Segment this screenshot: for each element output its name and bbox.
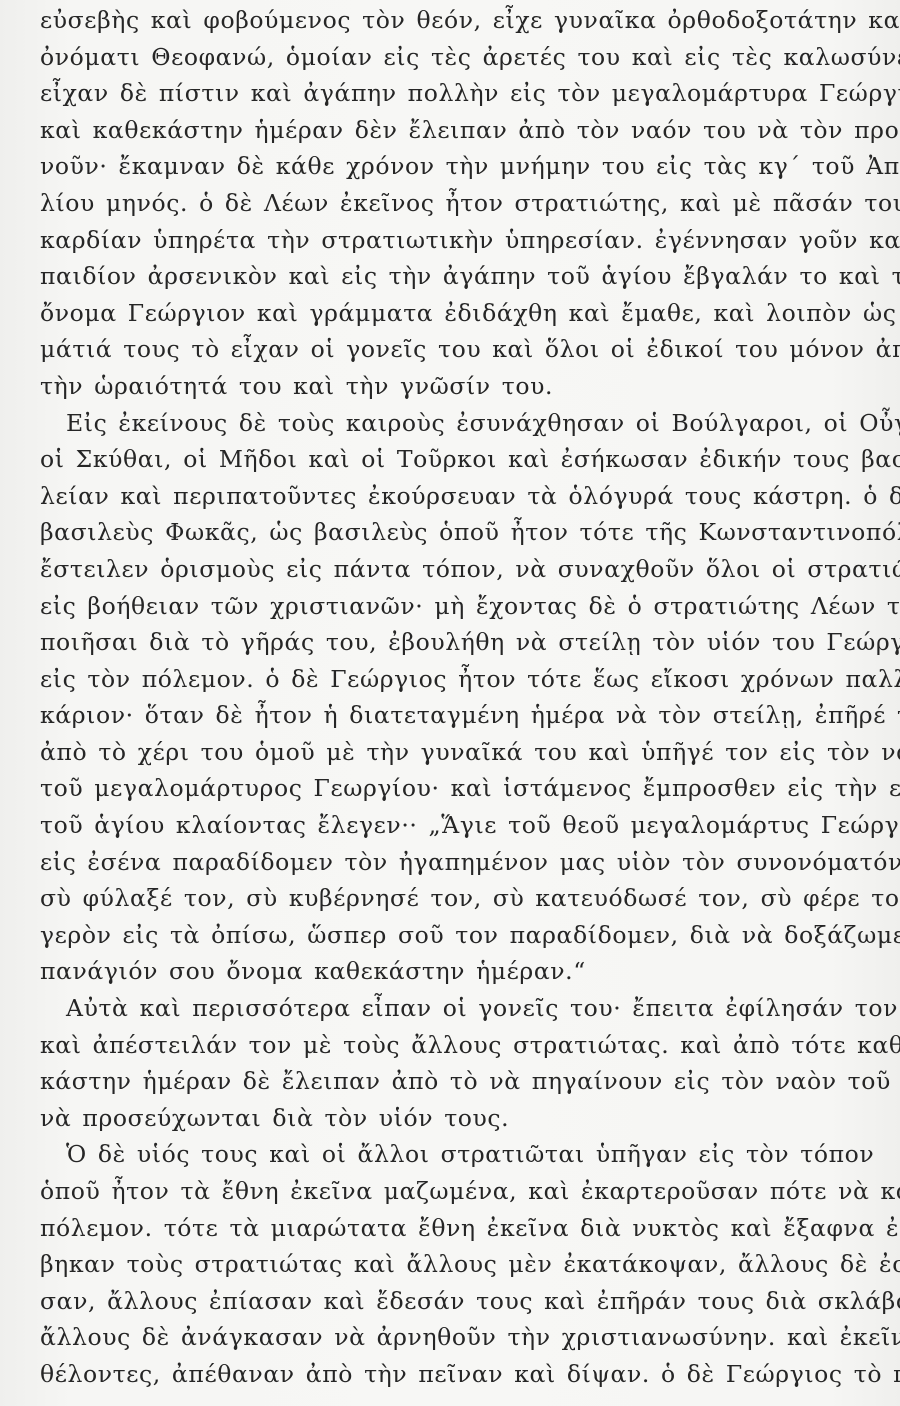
text-line: θέλοντες, ἀπέθαναν ἀπὸ τὴν πεῖναν καὶ δί… bbox=[40, 1356, 868, 1393]
text-line: εἰς τὸν πόλεμον. ὁ δὲ Γεώργιος ἦτον τότε… bbox=[40, 661, 868, 698]
text-line: εὐσεβὴς καὶ φοβούμενος τὸν θεόν, εἶχε γυ… bbox=[40, 2, 868, 39]
text-line: εἰς ἐσένα παραδίδομεν τὸν ἠγαπημένον μας… bbox=[40, 844, 868, 881]
paragraph: Εἰς ἐκείνους δὲ τοὺς καιροὺς ἐσυνάχθησαν… bbox=[40, 405, 868, 991]
text-line: εἶχαν δὲ πίστιν καὶ ἀγάπην πολλὴν εἰς τὸ… bbox=[40, 75, 868, 112]
text-line: σὺ φύλαξέ τον, σὺ κυβέρνησέ τον, σὺ κατε… bbox=[40, 880, 868, 917]
text-line: τοῦ μεγαλομάρτυρος Γεωργίου· καὶ ἱστάμεν… bbox=[40, 770, 868, 807]
text-line: ὁποῦ ἦτον τὰ ἔθνη ἐκεῖνα μαζωμένα, καὶ ἐ… bbox=[40, 1173, 868, 1210]
text-line: καὶ καθεκάστην ἡμέραν δὲν ἔλειπαν ἀπὸ τὸ… bbox=[40, 112, 868, 149]
text-line: ἄλλους δὲ ἀνάγκασαν νὰ ἀρνηθοῦν τὴν χρισ… bbox=[40, 1319, 868, 1356]
text-line: Ὁ δὲ υἱός τους καὶ οἱ ἄλλοι στρατιῶται ὑ… bbox=[40, 1136, 868, 1173]
text-line: λίου μηνός. ὁ δὲ Λέων ἐκεῖνος ἦτον στρατ… bbox=[40, 185, 868, 222]
text-line: μάτιά τους τὸ εἶχαν οἱ γονεῖς του καὶ ὅλ… bbox=[40, 331, 868, 368]
text-line: εἰς βοήθειαν τῶν χριστιανῶν· μὴ ἔχοντας … bbox=[40, 588, 868, 625]
text-line: βηκαν τοὺς στρατιώτας καὶ ἄλλους μὲν ἐκα… bbox=[40, 1246, 868, 1283]
text-line: βασιλεὺς Φωκᾶς, ὡς βασιλεὺς ὁποῦ ἦτον τό… bbox=[40, 514, 868, 551]
text-line: ἀπὸ τὸ χέρι του ὁμοῦ μὲ τὴν γυναῖκά του … bbox=[40, 734, 868, 771]
text-line: ὄνομα Γεώργιον καὶ γράμματα ἐδιδάχθη καὶ… bbox=[40, 295, 868, 332]
text-line: ἔστειλεν ὁρισμοὺς εἰς πάντα τόπον, νὰ συ… bbox=[40, 551, 868, 588]
text-line: νὰ προσεύχωνται διὰ τὸν υἱόν τους. bbox=[40, 1100, 868, 1137]
text-line: λείαν καὶ περιπατοῦντες ἐκούρσευαν τὰ ὁλ… bbox=[40, 478, 868, 515]
paragraph: Ὁ δὲ υἱός τους καὶ οἱ ἄλλοι στρατιῶται ὑ… bbox=[40, 1136, 868, 1392]
text-line: οἱ Σκύθαι, οἱ Μῆδοι καὶ οἱ Τοῦρκοι καὶ ἐ… bbox=[40, 441, 868, 478]
body-text: εὐσεβὴς καὶ φοβούμενος τὸν θεόν, εἶχε γυ… bbox=[40, 2, 868, 1393]
text-line: τοῦ ἁγίου κλαίοντας ἔλεγεν·· „Ἅγιε τοῦ θ… bbox=[40, 807, 868, 844]
text-line: παιδίον ἀρσενικὸν καὶ εἰς τὴν ἀγάπην τοῦ… bbox=[40, 258, 868, 295]
text-line: σαν, ἄλλους ἐπίασαν καὶ ἔδεσάν τους καὶ … bbox=[40, 1283, 868, 1320]
text-line: πόλεμον. τότε τὰ μιαρώτατα ἔθνη ἐκεῖνα δ… bbox=[40, 1210, 868, 1247]
text-line: κάριον· ὅταν δὲ ἦτον ἡ διατεταγμένη ἡμέρ… bbox=[40, 697, 868, 734]
text-line: καρδίαν ὑπηρέτα τὴν στρατιωτικὴν ὑπηρεσί… bbox=[40, 222, 868, 259]
text-line: ὀνόματι Θεοφανώ, ὁμοίαν εἰς τὲς ἀρετές τ… bbox=[40, 39, 868, 76]
text-line: Εἰς ἐκείνους δὲ τοὺς καιροὺς ἐσυνάχθησαν… bbox=[40, 405, 868, 442]
paragraph: Αὐτὰ καὶ περισσότερα εἶπαν οἱ γονεῖς του… bbox=[40, 990, 868, 1136]
text-line: Αὐτὰ καὶ περισσότερα εἶπαν οἱ γονεῖς του… bbox=[40, 990, 868, 1027]
text-line: καὶ ἀπέστειλάν τον μὲ τοὺς ἄλλους στρατι… bbox=[40, 1027, 868, 1064]
paragraph: εὐσεβὴς καὶ φοβούμενος τὸν θεόν, εἶχε γυ… bbox=[40, 2, 868, 405]
text-line: ποιῆσαι διὰ τὸ γῆράς του, ἐβουλήθη νὰ στ… bbox=[40, 624, 868, 661]
text-line: τὴν ὡραιότητά του καὶ τὴν γνῶσίν του. bbox=[40, 368, 868, 405]
text-line: νοῦν· ἔκαμναν δὲ κάθε χρόνον τὴν μνήμην … bbox=[40, 148, 868, 185]
scanned-page: εὐσεβὴς καὶ φοβούμενος τὸν θεόν, εἶχε γυ… bbox=[0, 0, 900, 1406]
text-line: πανάγιόν σου ὄνομα καθεκάστην ἡμέραν.“ bbox=[40, 953, 868, 990]
text-line: γερὸν εἰς τὰ ὀπίσω, ὥσπερ σοῦ τον παραδί… bbox=[40, 917, 868, 954]
text-line: κάστην ἡμέραν δὲ ἔλειπαν ἀπὸ τὸ νὰ πηγαί… bbox=[40, 1063, 868, 1100]
